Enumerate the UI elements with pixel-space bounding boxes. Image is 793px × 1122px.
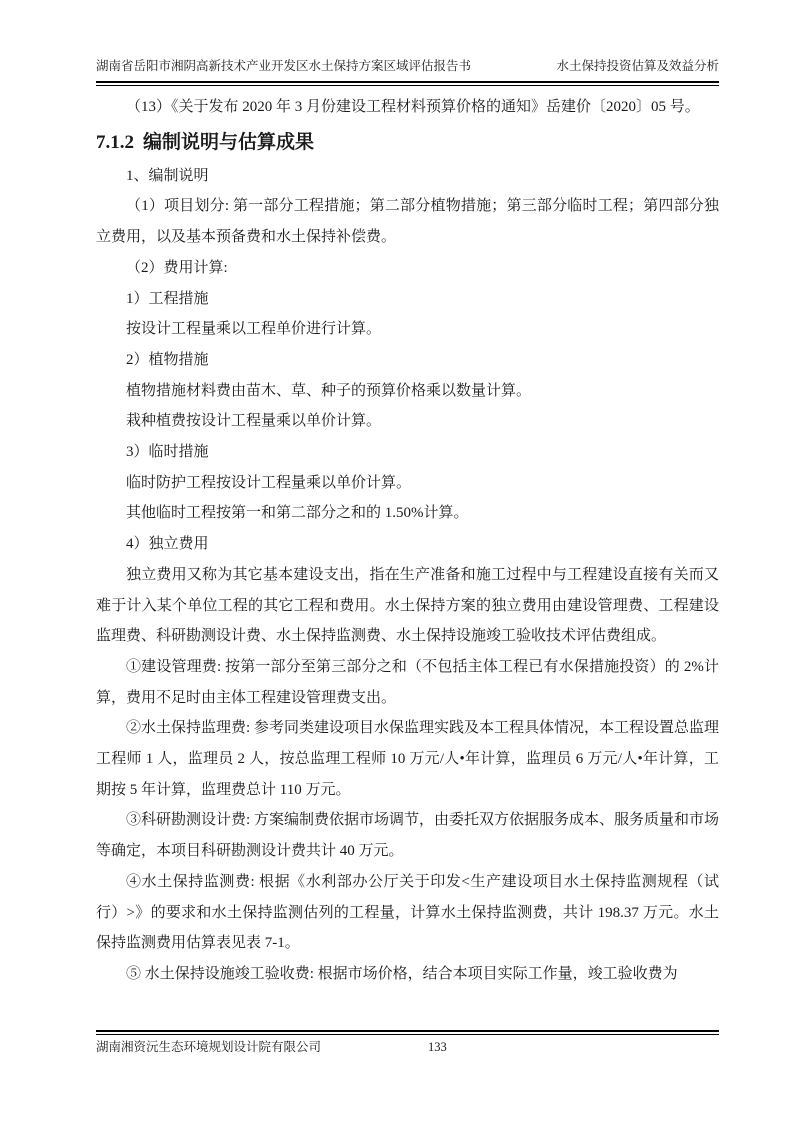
paragraph: ②水土保持监理费: 参考同类建设项目水保监理实践及本工程具体情况，本工程设置总监… [96,713,719,805]
header-right-title: 水土保持投资估算及效益分析 [556,57,719,75]
paragraph: 栽种植费按设计工程量乘以单价计算。 [96,406,719,437]
paragraph: ③科研勘测设计费: 方案编制费依据市场调节，由委托双方依据服务成本、服务质量和市… [96,805,719,866]
paragraph: 1）工程措施 [96,284,719,315]
paragraph-intro-item: （13）《关于发布 2020 年 3 月份建设工程材料预算价格的通知》岳建价〔2… [96,92,719,123]
paragraph: ①建设管理费: 按第一部分至第三部分之和（不包括主体工程已有水保措施投资）的 2… [96,652,719,713]
paragraph: 其他临时工程按第一和第二部分之和的 1.50%计算。 [96,498,719,529]
paragraph: （1）项目划分: 第一部分工程措施；第二部分植物措施；第三部分临时工程；第四部分… [96,191,719,252]
paragraph: 3）临时措施 [96,437,719,468]
paragraph: 独立费用又称为其它基本建设支出，指在生产准备和施工过程中与工程建设直接有关而又难… [96,560,719,652]
document-page: 湖南省岳阳市湘阴高新技术产业开发区水土保持方案区域评估报告书 水土保持投资估算及… [0,0,793,1122]
paragraph: （2）费用计算: [96,253,719,284]
paragraph: 4）独立费用 [96,529,719,560]
paragraph: 临时防护工程按设计工程量乘以单价计算。 [96,468,719,499]
footer-page-number: 133 [428,1038,447,1056]
footer-company: 湖南湘资沅生态环境规划设计院有限公司 [96,1040,321,1054]
paragraph: 2）植物措施 [96,345,719,376]
footer-rule [96,1030,719,1035]
paragraph: 植物措施材料费由苗木、草、种子的预算价格乘以数量计算。 [96,376,719,407]
page-header: 湖南省岳阳市湘阴高新技术产业开发区水土保持方案区域评估报告书 水土保持投资估算及… [96,0,719,75]
page-footer: 湖南湘资沅生态环境规划设计院有限公司 133 [96,1038,719,1056]
header-left-title: 湖南省岳阳市湘阴高新技术产业开发区水土保持方案区域评估报告书 [96,57,471,75]
paragraph: ⑤ 水土保持设施竣工验收费: 根据市场价格，结合本项目实际工作量，竣工验收费为 [96,959,719,990]
section-heading: 7.1.2编制说明与估算成果 [96,127,719,159]
section-heading-text: 编制说明与估算成果 [143,132,314,153]
document-content: （13）《关于发布 2020 年 3 月份建设工程材料预算价格的通知》岳建价〔2… [96,86,719,990]
paragraph: 1、编制说明 [96,161,719,192]
paragraph: 按设计工程量乘以工程单价进行计算。 [96,314,719,345]
paragraph: ④水土保持监测费: 根据《水利部办公厅关于印发<生产建设项目水土保持监测规程（试… [96,867,719,959]
section-heading-number: 7.1.2 [96,132,134,153]
